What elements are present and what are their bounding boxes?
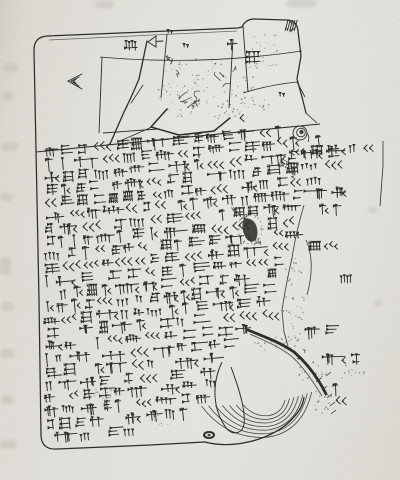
book-page: Hand-inked line drawing of a cuneiform c… [0,0,400,480]
paper-texture [0,0,400,480]
cuneiform-tablet-drawing [0,0,400,480]
tablet-plate-illustration: Hand-inked line drawing of a cuneiform c… [0,0,400,480]
